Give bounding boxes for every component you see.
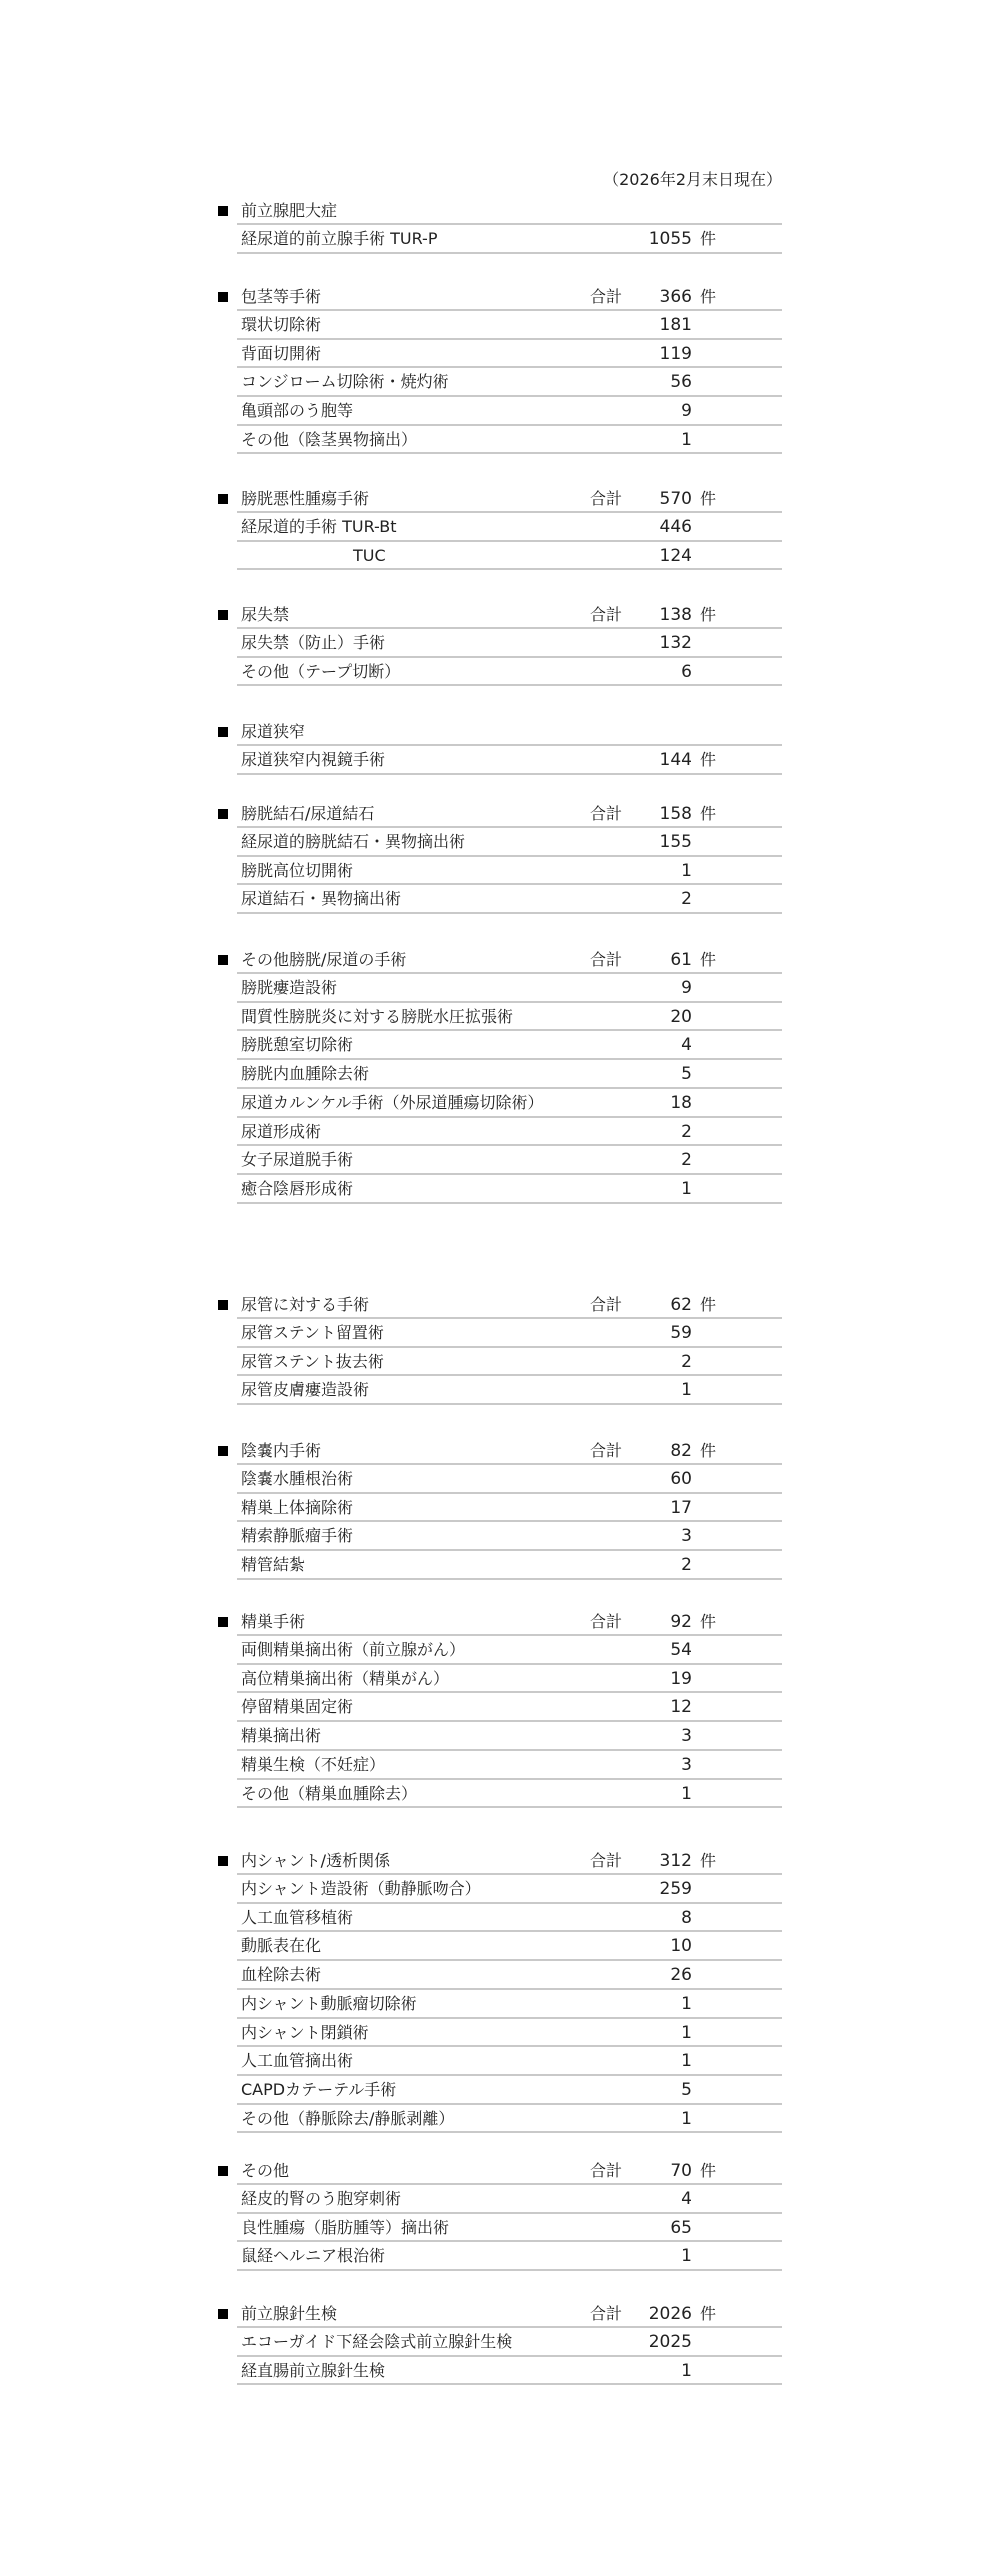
total-count: 70 (612, 2161, 692, 2181)
procedure-name: その他（テープ切断） (241, 662, 400, 682)
procedure-name: 環状切除術 (241, 315, 321, 335)
square-bullet-icon (218, 955, 228, 965)
table-row: TUC124 (237, 540, 782, 571)
total-unit: 件 (700, 605, 716, 625)
procedure-count: 144 (612, 750, 692, 770)
procedure-name: 良性腫瘍（脂肪腫等）摘出術 (241, 2218, 449, 2238)
procedure-count: 2 (612, 1122, 692, 1142)
total-unit: 件 (700, 950, 716, 970)
procedure-name: 停留精巣固定術 (241, 1697, 353, 1717)
procedure-count: 5 (612, 2080, 692, 2100)
square-bullet-icon (218, 2309, 228, 2319)
section-title: 膀胱悪性腫瘍手術 (241, 489, 369, 509)
procedure-count: 1 (612, 1784, 692, 1804)
procedure-name: コンジローム切除術・焼灼術 (241, 372, 449, 392)
table-row: 亀頭部のう胞等9 (237, 395, 782, 424)
procedure-name: 尿道狭窄内視鏡手術 (241, 750, 385, 770)
table-row: 経尿道的手術 TUR-Bt446 (237, 511, 782, 540)
procedure-count: 5 (612, 1064, 692, 1084)
procedure-name: 内シャント造設術（動静脈吻合） (241, 1879, 481, 1899)
procedure-name: 尿道結石・異物摘出術 (241, 889, 401, 909)
table-row: 経皮的腎のう胞穿刺術4 (237, 2183, 782, 2212)
square-bullet-icon (218, 727, 228, 737)
procedure-name: 精索静脈瘤手術 (241, 1526, 353, 1546)
procedure-name: 女子尿道脱手術 (241, 1150, 353, 1170)
table-row: 内シャント閉鎖術1 (237, 2017, 782, 2046)
table-row: 癒合陰唇形成術1 (237, 1173, 782, 1204)
section-title: その他膀胱/尿道の手術 (241, 950, 406, 970)
procedure-count: 119 (612, 344, 692, 364)
procedure-count: 1 (612, 2023, 692, 2043)
table-row: コンジローム切除術・焼灼術56 (237, 366, 782, 395)
procedure-name: 経尿道的膀胱結石・異物摘出術 (241, 832, 465, 852)
procedure-name: 経直腸前立腺針生検 (241, 2361, 385, 2381)
total-unit: 件 (700, 1612, 716, 1632)
square-bullet-icon (218, 1856, 228, 1866)
procedure-count: 60 (612, 1469, 692, 1489)
table-row: 停留精巣固定術12 (237, 1691, 782, 1720)
procedure-count: 3 (612, 1755, 692, 1775)
table-row: 鼠経ヘルニア根治術1 (237, 2240, 782, 2271)
table-row: 経尿道的前立腺手術 TUR-P1055件 (237, 223, 782, 254)
section-title: 尿管に対する手術 (241, 1295, 369, 1315)
table-row: 尿管皮膚瘻造設術1 (237, 1374, 782, 1405)
procedure-count: 1 (612, 1179, 692, 1199)
procedure-name: 精管結紮 (241, 1555, 305, 1575)
procedure-name: 陰嚢水腫根治術 (241, 1469, 353, 1489)
table-row: 人工血管移植術8 (237, 1902, 782, 1931)
procedure-name: 亀頭部のう胞等 (241, 401, 353, 421)
procedure-name: 人工血管摘出術 (241, 2051, 353, 2071)
procedure-count: 8 (612, 1908, 692, 1928)
table-row: 女子尿道脱手術2 (237, 1144, 782, 1173)
procedure-name: その他（陰茎異物摘出） (241, 430, 417, 450)
table-row: 尿道形成術2 (237, 1116, 782, 1145)
total-count: 92 (612, 1612, 692, 1632)
procedure-count: 6 (612, 662, 692, 682)
procedure-name: 鼠経ヘルニア根治術 (241, 2246, 385, 2266)
procedure-name: 膀胱瘻造設術 (241, 978, 337, 998)
section-title: 包茎等手術 (241, 287, 321, 307)
table-row: 両側精巣摘出術（前立腺がん）54 (237, 1634, 782, 1663)
square-bullet-icon (218, 1617, 228, 1627)
procedure-count: 2025 (612, 2332, 692, 2352)
table-row: 膀胱高位切開術1 (237, 855, 782, 884)
procedure-name: エコーガイド下経会陰式前立腺針生検 (241, 2332, 512, 2352)
procedure-count: 1 (612, 1994, 692, 2014)
table-row: その他（テープ切断）6 (237, 656, 782, 687)
table-row: エコーガイド下経会陰式前立腺針生検2025 (237, 2326, 782, 2355)
table-row: 背面切開術119 (237, 338, 782, 367)
table-row: 高位精巣摘出術（精巣がん）19 (237, 1663, 782, 1692)
total-unit: 件 (700, 1441, 716, 1461)
section-title: 前立腺針生検 (241, 2304, 337, 2324)
total-unit: 件 (700, 489, 716, 509)
total-count: 366 (612, 287, 692, 307)
procedure-name: 膀胱高位切開術 (241, 861, 353, 881)
total-count: 61 (612, 950, 692, 970)
procedure-count: 446 (612, 517, 692, 537)
procedure-count: 56 (612, 372, 692, 392)
procedure-name: 膀胱内血腫除去術 (241, 1064, 369, 1084)
procedure-name: 内シャント閉鎖術 (241, 2023, 369, 2043)
square-bullet-icon (218, 610, 228, 620)
procedure-count: 4 (612, 1035, 692, 1055)
section-title: 精巣手術 (241, 1612, 305, 1632)
total-unit: 件 (700, 1851, 716, 1871)
total-count: 82 (612, 1441, 692, 1461)
table-row: その他（陰茎異物摘出）1 (237, 424, 782, 455)
procedure-name: 動脈表在化 (241, 1936, 321, 1956)
table-row: 内シャント造設術（動静脈吻合）259 (237, 1873, 782, 1902)
procedure-count: 2 (612, 1150, 692, 1170)
procedure-count: 1 (612, 2051, 692, 2071)
procedure-count: 1 (612, 2246, 692, 2266)
procedure-count: 1 (612, 2361, 692, 2381)
procedure-count: 17 (612, 1498, 692, 1518)
table-row: 精巣上体摘除術17 (237, 1492, 782, 1521)
procedure-name: その他（静脈除去/静脈剥離） (241, 2109, 454, 2129)
as-of-date: （2026年2月末日現在） (560, 168, 782, 192)
table-row: CAPDカテーテル手術5 (237, 2074, 782, 2103)
procedure-name: 尿管皮膚瘻造設術 (241, 1380, 369, 1400)
procedure-count: 18 (612, 1093, 692, 1113)
total-count: 158 (612, 804, 692, 824)
table-row: 尿道結石・異物摘出術2 (237, 883, 782, 914)
section-title: 尿道狭窄 (241, 722, 305, 742)
procedure-name: 内シャント動脈瘤切除術 (241, 1994, 417, 2014)
total-count: 62 (612, 1295, 692, 1315)
procedure-name: 経皮的腎のう胞穿刺術 (241, 2189, 401, 2209)
procedure-count: 1 (612, 430, 692, 450)
square-bullet-icon (218, 206, 228, 216)
procedure-name: 尿失禁（防止）手術 (241, 633, 385, 653)
procedure-name: 血栓除去術 (241, 1965, 321, 1985)
procedure-name: TUC (353, 546, 386, 566)
table-row: 尿管ステント留置術59 (237, 1317, 782, 1346)
table-row: 動脈表在化10 (237, 1930, 782, 1959)
table-row: その他（静脈除去/静脈剥離）1 (237, 2103, 782, 2134)
table-row: 精巣摘出術3 (237, 1720, 782, 1749)
total-count: 312 (612, 1851, 692, 1871)
table-row: 膀胱瘻造設術9 (237, 972, 782, 1001)
procedure-name: 人工血管移植術 (241, 1908, 353, 1928)
table-row: 精索静脈瘤手術3 (237, 1520, 782, 1549)
procedure-name: 尿管ステント抜去術 (241, 1352, 384, 1372)
table-row: その他（精巣血腫除去）1 (237, 1778, 782, 1809)
table-row: 尿道狭窄内視鏡手術144件 (237, 744, 782, 775)
table-row: 精管結紮2 (237, 1549, 782, 1580)
procedure-name: 癒合陰唇形成術 (241, 1179, 353, 1199)
procedure-count: 54 (612, 1640, 692, 1660)
total-count: 138 (612, 605, 692, 625)
procedure-name: 両側精巣摘出術（前立腺がん） (241, 1640, 465, 1660)
procedure-count: 9 (612, 401, 692, 421)
total-unit: 件 (700, 1295, 716, 1315)
procedure-count: 3 (612, 1726, 692, 1746)
table-row: 経尿道的膀胱結石・異物摘出術155 (237, 826, 782, 855)
procedure-count: 124 (612, 546, 692, 566)
total-count: 570 (612, 489, 692, 509)
table-row: 人工血管摘出術1 (237, 2045, 782, 2074)
procedure-count: 26 (612, 1965, 692, 1985)
procedure-count: 12 (612, 1697, 692, 1717)
procedure-name: 経尿道的前立腺手術 TUR-P (241, 229, 437, 249)
table-row: 膀胱内血腫除去術5 (237, 1058, 782, 1087)
procedure-count: 259 (612, 1879, 692, 1899)
procedure-name: CAPDカテーテル手術 (241, 2080, 396, 2100)
procedure-name: 経尿道的手術 TUR-Bt (241, 517, 397, 537)
procedure-count: 59 (612, 1323, 692, 1343)
procedure-name: 膀胱憩室切除術 (241, 1035, 353, 1055)
procedure-name: その他（精巣血腫除去） (241, 1784, 417, 1804)
square-bullet-icon (218, 494, 228, 504)
section-title: 内シャント/透析関係 (241, 1851, 390, 1871)
procedure-count: 1 (612, 2109, 692, 2129)
procedure-name: 尿道カルンケル手術（外尿道腫瘍切除術） (241, 1093, 543, 1113)
square-bullet-icon (218, 292, 228, 302)
total-unit: 件 (700, 2304, 716, 2324)
procedure-count: 19 (612, 1669, 692, 1689)
procedure-count: 1 (612, 861, 692, 881)
square-bullet-icon (218, 1300, 228, 1310)
table-row: 陰嚢水腫根治術60 (237, 1463, 782, 1492)
procedure-name: 間質性膀胱炎に対する膀胱水圧拡張術 (241, 1007, 513, 1027)
table-row: 内シャント動脈瘤切除術1 (237, 1988, 782, 2017)
section-title: 尿失禁 (241, 605, 289, 625)
section-title: 膀胱結石/尿道結石 (241, 804, 374, 824)
procedure-count: 181 (612, 315, 692, 335)
procedure-name: 精巣上体摘除術 (241, 1498, 353, 1518)
procedure-count: 2 (612, 1555, 692, 1575)
section-title: 陰嚢内手術 (241, 1441, 321, 1461)
table-row: 尿道カルンケル手術（外尿道腫瘍切除術）18 (237, 1087, 782, 1116)
procedure-count: 20 (612, 1007, 692, 1027)
square-bullet-icon (218, 2166, 228, 2176)
total-count: 2026 (612, 2304, 692, 2324)
procedure-count: 3 (612, 1526, 692, 1546)
procedure-name: 尿管ステント留置術 (241, 1323, 384, 1343)
table-row: 精巣生検（不妊症）3 (237, 1749, 782, 1778)
table-row: 間質性膀胱炎に対する膀胱水圧拡張術20 (237, 1001, 782, 1030)
table-row: 膀胱憩室切除術4 (237, 1029, 782, 1058)
table-row: 尿管ステント抜去術2 (237, 1346, 782, 1375)
procedure-name: 精巣生検（不妊症） (241, 1755, 385, 1775)
total-unit: 件 (700, 2161, 716, 2181)
table-row: 尿失禁（防止）手術132 (237, 627, 782, 656)
procedure-name: 尿道形成術 (241, 1122, 321, 1142)
total-unit: 件 (700, 804, 716, 824)
square-bullet-icon (218, 1446, 228, 1456)
procedure-count: 4 (612, 2189, 692, 2209)
procedure-count: 10 (612, 1936, 692, 1956)
procedure-count: 2 (612, 1352, 692, 1372)
section-title: その他 (241, 2161, 289, 2181)
table-row: 血栓除去術26 (237, 1959, 782, 1988)
table-row: 経直腸前立腺針生検1 (237, 2355, 782, 2386)
procedure-count: 132 (612, 633, 692, 653)
procedure-name: 精巣摘出術 (241, 1726, 321, 1746)
table-row: 良性腫瘍（脂肪腫等）摘出術65 (237, 2212, 782, 2241)
table-row: 環状切除術181 (237, 309, 782, 338)
procedure-name: 高位精巣摘出術（精巣がん） (241, 1669, 449, 1689)
procedure-count: 9 (612, 978, 692, 998)
procedure-count: 65 (612, 2218, 692, 2238)
section-title: 前立腺肥大症 (241, 201, 337, 221)
procedure-count: 1055 (612, 229, 692, 249)
procedure-count: 155 (612, 832, 692, 852)
square-bullet-icon (218, 809, 228, 819)
procedure-name: 背面切開術 (241, 344, 321, 364)
procedure-count: 2 (612, 889, 692, 909)
procedure-count: 1 (612, 1380, 692, 1400)
count-unit: 件 (700, 750, 716, 770)
total-unit: 件 (700, 287, 716, 307)
count-unit: 件 (700, 229, 716, 249)
